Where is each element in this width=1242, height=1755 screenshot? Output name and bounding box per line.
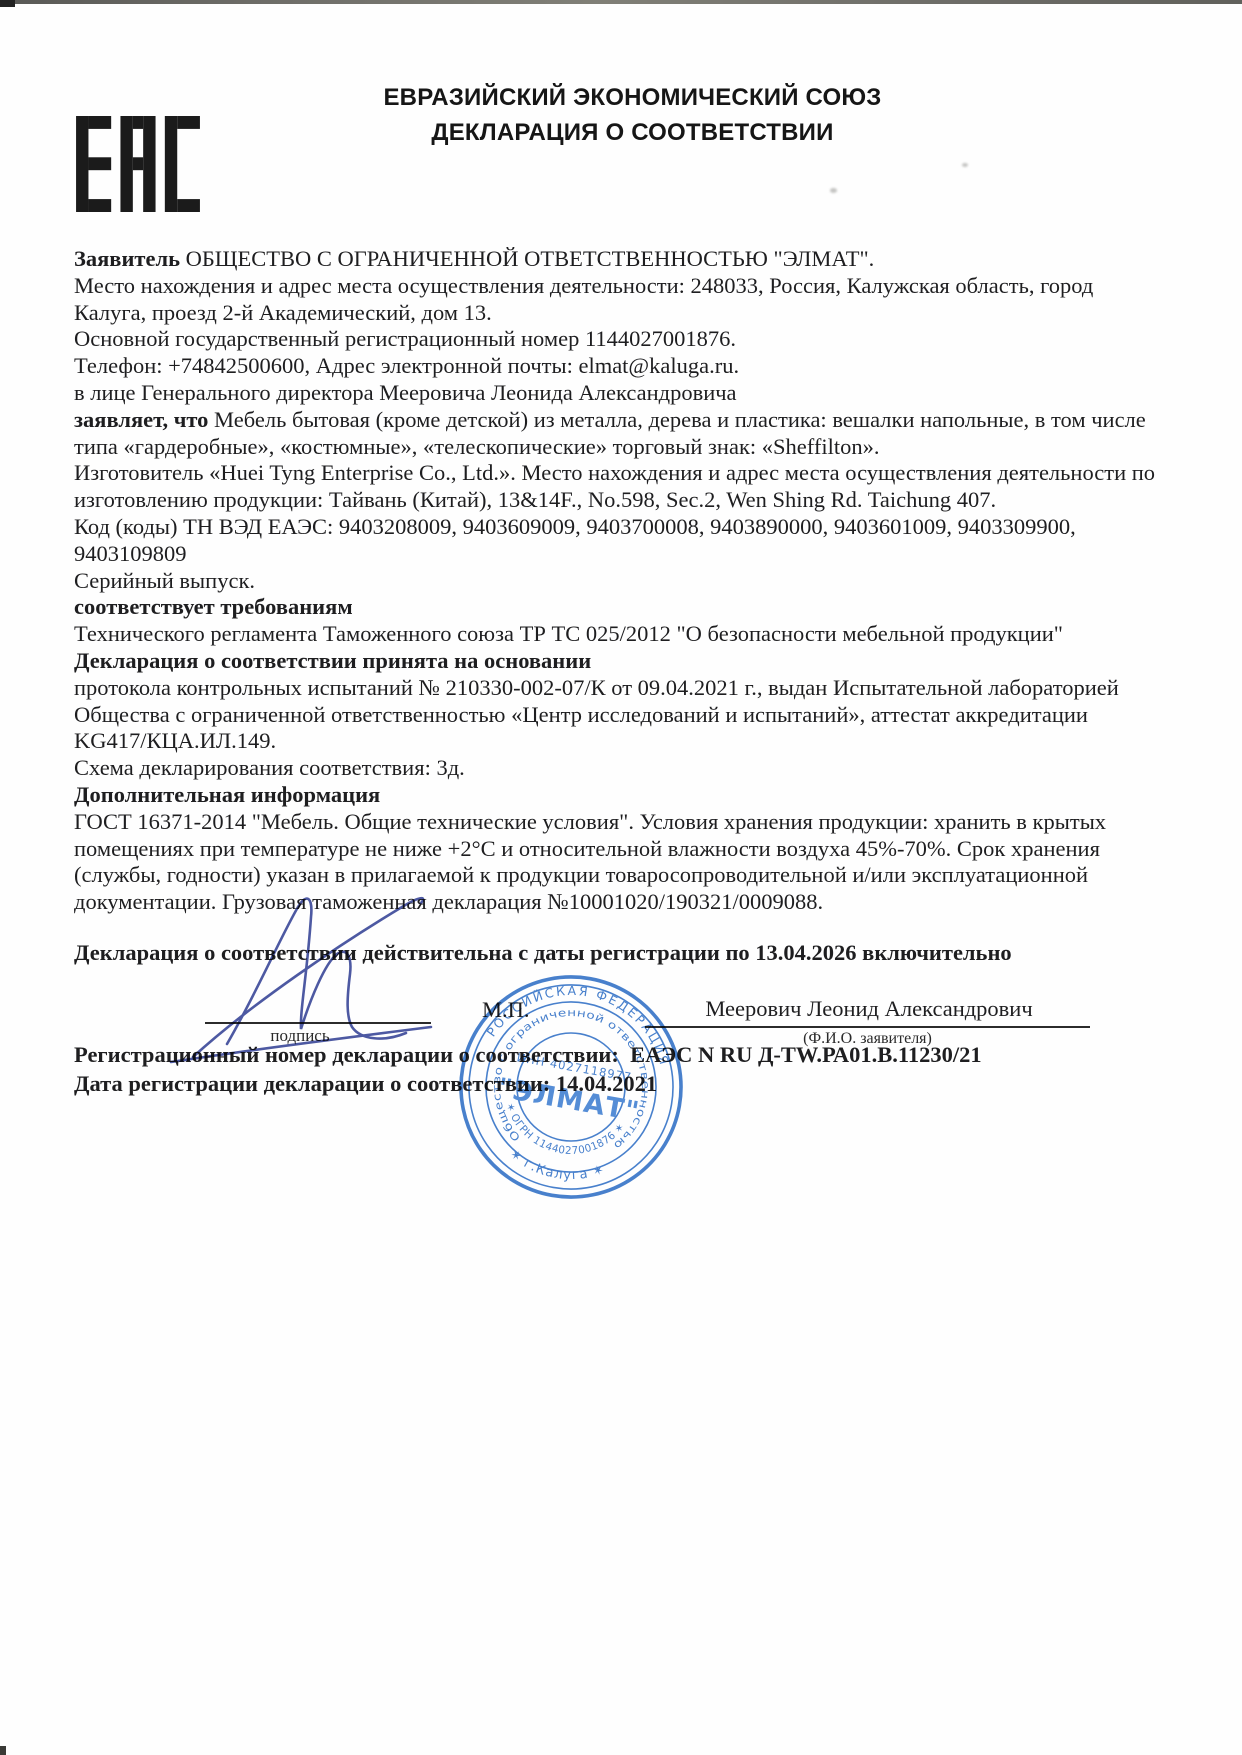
body-line: Место нахождения и адрес места осуществл… (74, 273, 1214, 300)
body-line: Схема декларирования соответствия: 3д. (74, 755, 1214, 782)
body-line: Код (коды) ТН ВЭД ЕАЭС: 9403208009, 9403… (74, 514, 1214, 541)
body-line: соответствует требованиям (74, 594, 1214, 621)
body-line: Заявитель ОБЩЕСТВО С ОГРАНИЧЕННОЙ ОТВЕТС… (74, 246, 1214, 273)
body-line: Телефон: +74842500600, Адрес электронной… (74, 353, 1214, 380)
applicant-name: Меерович Леонид Александрович (648, 996, 1090, 1022)
body-line: Основной государственный регистрационный… (74, 326, 1214, 353)
document-title-line2: ДЕКЛАРАЦИЯ О СООТВЕТСТВИИ (180, 115, 1085, 150)
handwritten-signature (150, 790, 450, 1075)
body-line: Декларация о соответствии принята на осн… (74, 648, 1214, 675)
body-line: Общества с ограниченной ответственностью… (74, 702, 1214, 729)
body-line: Калуга, проезд 2-й Академический, дом 13… (74, 300, 1214, 327)
document-page: ЕВРАЗИЙСКИЙ ЭКОНОМИЧЕСКИЙ СОЮЗ ДЕКЛАРАЦИ… (0, 0, 1242, 1755)
document-title: ЕВРАЗИЙСКИЙ ЭКОНОМИЧЕСКИЙ СОЮЗ ДЕКЛАРАЦИ… (180, 80, 1085, 150)
signature-stroke (171, 1027, 431, 1062)
body-line: изготовлению продукции: Тайвань (Китай),… (74, 487, 1214, 514)
body-line: протокола контрольных испытаний № 210330… (74, 675, 1214, 702)
body-line: Изготовитель «Huei Tyng Enterprise Co., … (74, 460, 1214, 487)
body-line: 9403109809 (74, 541, 1214, 568)
body-line: Технического регламента Таможенного союз… (74, 621, 1214, 648)
bottom-edge-scan-mark (0, 1746, 6, 1755)
body-line: заявляет, что Мебель бытовая (кроме детс… (74, 407, 1214, 434)
body-line: типа «гардеробные», «костюмные», «телеск… (74, 434, 1214, 461)
top-edge-scan-artifact (0, 0, 1242, 4)
document-title-line1: ЕВРАЗИЙСКИЙ ЭКОНОМИЧЕСКИЙ СОЮЗ (180, 80, 1085, 115)
body-line: Серийный выпуск. (74, 568, 1214, 595)
body-line: в лице Генерального директора Мееровича … (74, 380, 1214, 407)
stamp-federation-text: РОССИЙСКАЯ ФЕДЕРАЦИЯ (482, 972, 683, 1070)
body-line: KG417/КЦА.ИЛ.149. (74, 728, 1214, 755)
applicant-name-line (645, 1026, 1090, 1028)
company-stamp: РОССИЙСКАЯ ФЕДЕРАЦИЯ ✶ г.Калуга ✶ Общест… (456, 972, 686, 1202)
scan-speck (962, 163, 968, 167)
scan-speck (830, 188, 837, 193)
corner-scan-mark (0, 0, 15, 7)
